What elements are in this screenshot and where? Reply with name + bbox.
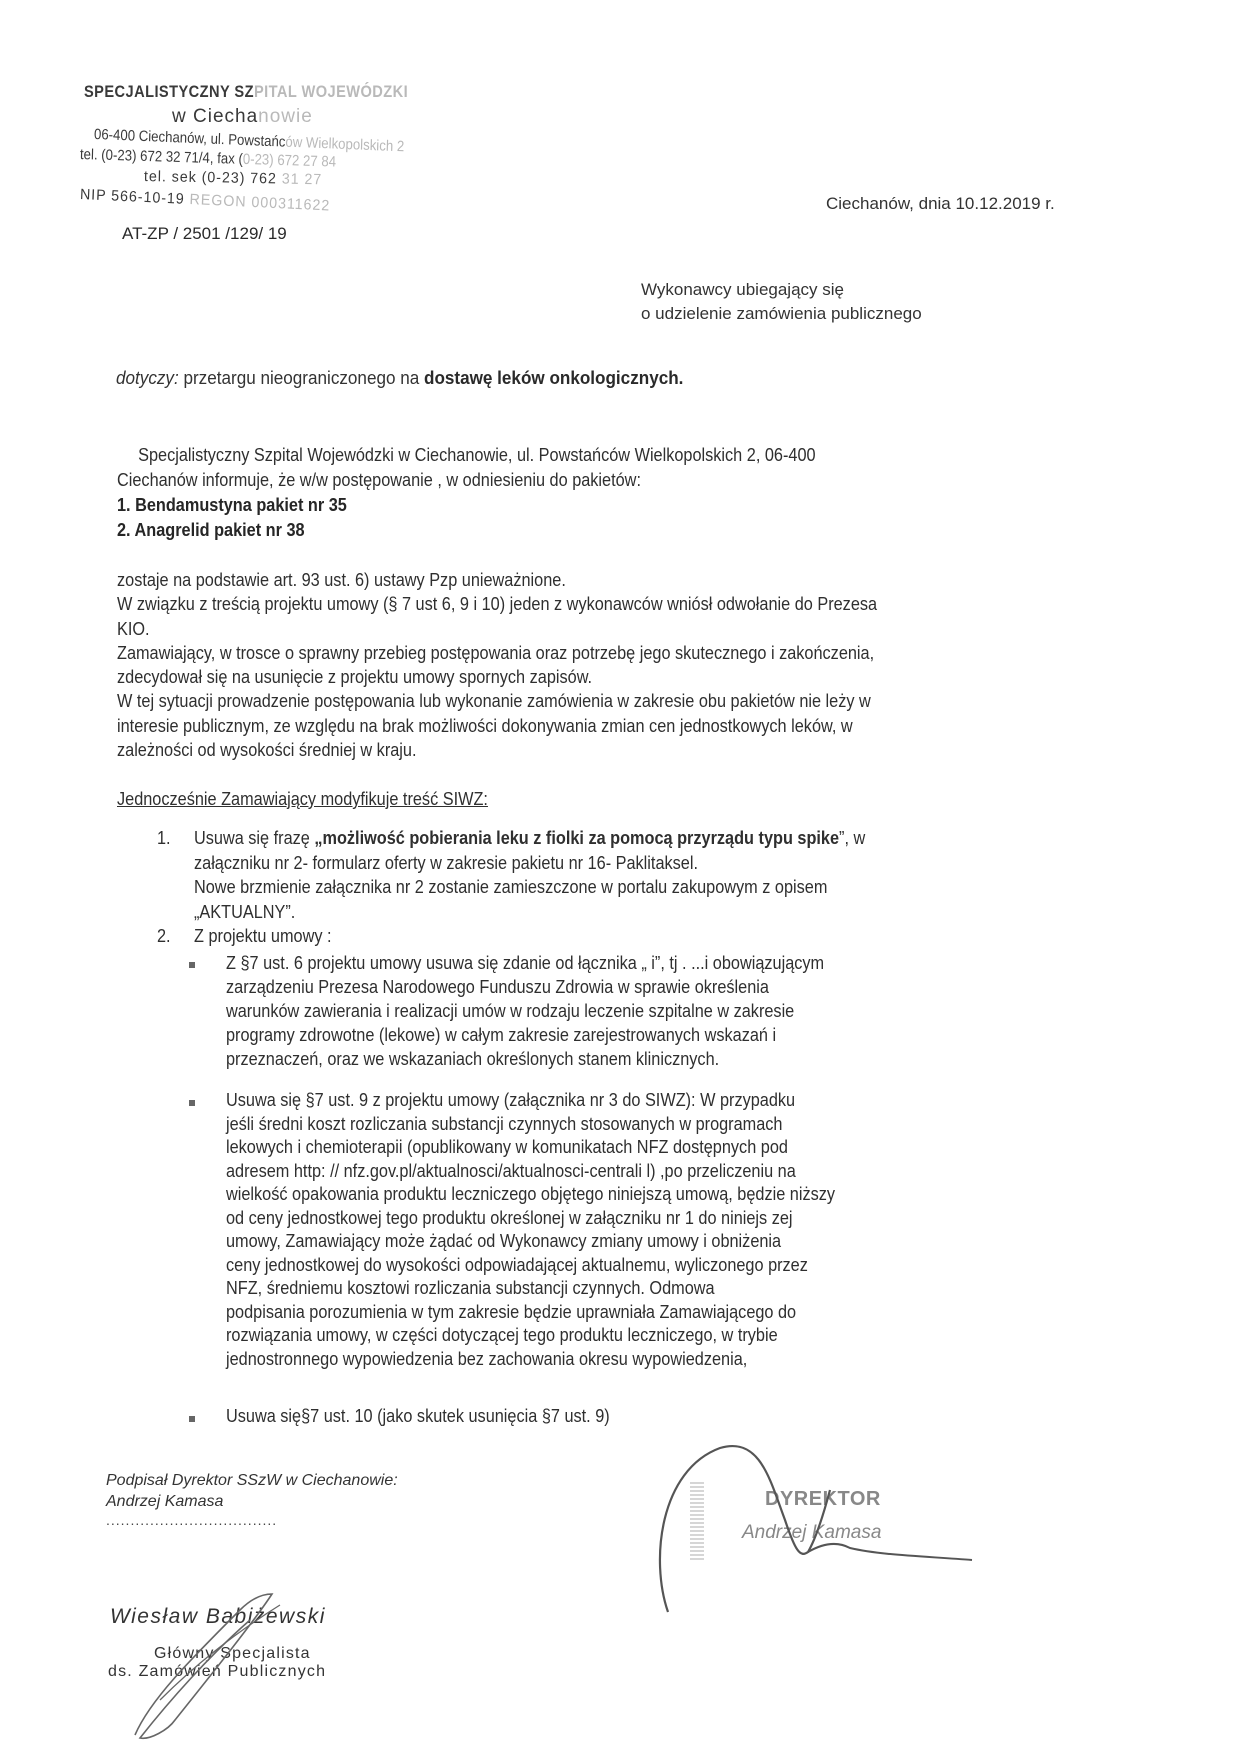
addressee-line-2: o udzielenie zamówienia publicznego bbox=[641, 302, 922, 326]
paragraph-line: zdecydował się na usunięcie z projektu u… bbox=[117, 665, 877, 689]
addressee-line-1: Wykonawcy ubiegający się bbox=[641, 278, 922, 302]
modification-number: 2. bbox=[157, 924, 171, 949]
paragraph-line: KIO. bbox=[117, 617, 877, 641]
modifications-heading: Jednocześnie Zamawiający modyfikuje treś… bbox=[117, 786, 488, 811]
stamp-line-city: w Ciechanowie bbox=[172, 106, 313, 128]
director-name: Andrzej Kamasa bbox=[742, 1522, 881, 1544]
paragraph-line: Zamawiający, w trosce o sprawny przebieg… bbox=[117, 641, 877, 665]
bullet-item-1: Z §7 ust. 6 projektu umowy usuwa się zda… bbox=[226, 951, 824, 1071]
specialist-role-line-1: Główny Specjalista bbox=[154, 1645, 311, 1663]
subject-text: przetargu nieograniczonego na bbox=[179, 368, 424, 388]
intro-paragraph: Specjalistyczny Szpital Wojewódzki w Cie… bbox=[117, 442, 816, 542]
modification-line: Nowe brzmienie załącznika nr 2 zostanie … bbox=[194, 875, 865, 900]
stamp-texture bbox=[690, 1480, 704, 1560]
bullet-square-icon bbox=[189, 962, 195, 968]
subject-label: dotyczy: bbox=[116, 368, 179, 388]
paragraph-line: W tej sytuacji prowadzenie postępowania … bbox=[117, 689, 877, 713]
director-title: DYREKTOR bbox=[765, 1488, 881, 1511]
paragraph-line: interesie publicznym, ze względu na brak… bbox=[117, 714, 877, 738]
subject-bold: dostawę leków onkologicznych. bbox=[424, 368, 683, 388]
bullet-square-icon bbox=[189, 1416, 195, 1422]
package-item: 2. Anagrelid pakiet nr 38 bbox=[117, 517, 816, 542]
paragraph-line: zostaje na podstawie art. 93 ust. 6) ust… bbox=[117, 568, 877, 592]
stamp-line-hospital-name: SPECJALISTYCZNY SZPITAL WOJEWÓDZKI bbox=[84, 82, 408, 102]
specialist-role-line-2: ds. Zamówień Publicznych bbox=[108, 1663, 326, 1681]
reference-number: AT-ZP / 2501 /129/ 19 bbox=[122, 224, 287, 244]
modification-line: załączniku nr 2- formularz oferty w zakr… bbox=[194, 851, 865, 876]
subject-line: dotyczy: przetargu nieograniczonego na d… bbox=[116, 368, 683, 389]
intro-line-1: Specjalistyczny Szpital Wojewódzki w Cie… bbox=[117, 442, 816, 467]
modification-2-title: Z projektu umowy : bbox=[194, 924, 332, 949]
body-paragraphs: zostaje na podstawie art. 93 ust. 6) ust… bbox=[117, 568, 877, 762]
bullet-square-icon bbox=[189, 1100, 195, 1106]
specialist-name: Wiesław Babiżewski bbox=[110, 1605, 326, 1629]
modification-1: Usuwa się frazę „możliwość pobierania le… bbox=[194, 826, 865, 924]
modification-number: 1. bbox=[157, 826, 171, 851]
modification-line: Usuwa się frazę „możliwość pobierania le… bbox=[194, 826, 865, 851]
stamp-line-secretariat: tel. sek (0-23) 762 31 27 bbox=[144, 168, 322, 188]
modification-line: „AKTUALNY”. bbox=[194, 900, 865, 925]
bullet-item-3: Usuwa się§7 ust. 10 (jako skutek usunięc… bbox=[226, 1404, 610, 1429]
signature-note-line-1: Podpisał Dyrektor SSzW w Ciechanowie: bbox=[106, 1470, 398, 1491]
intro-line-2: Ciechanów informuje, że w/w postępowanie… bbox=[117, 467, 816, 492]
date-line: Ciechanów, dnia 10.12.2019 r. bbox=[826, 194, 1055, 214]
package-item: 1. Bendamustyna pakiet nr 35 bbox=[117, 492, 816, 517]
bullet-item-2: Usuwa się §7 ust. 9 z projektu umowy (za… bbox=[226, 1088, 835, 1370]
signature-dotted-line: ................................... bbox=[106, 1512, 398, 1528]
paragraph-line: zależności od wysokości średniej w kraju… bbox=[117, 738, 877, 762]
signature-note: Podpisał Dyrektor SSzW w Ciechanowie: An… bbox=[106, 1470, 398, 1528]
director-stamp: DYREKTOR Andrzej Kamasa bbox=[690, 1480, 990, 1600]
specialist-stamp: Wiesław Babiżewski Główny Specjalista ds… bbox=[110, 1605, 326, 1629]
addressee: Wykonawcy ubiegający się o udzielenie za… bbox=[641, 278, 922, 326]
stamp-line-nip-regon: NIP 566-10-19 REGON 000311622 bbox=[80, 186, 331, 214]
signature-note-name: Andrzej Kamasa bbox=[106, 1491, 398, 1512]
paragraph-line: W związku z treścią projektu umowy (§ 7 … bbox=[117, 592, 877, 616]
